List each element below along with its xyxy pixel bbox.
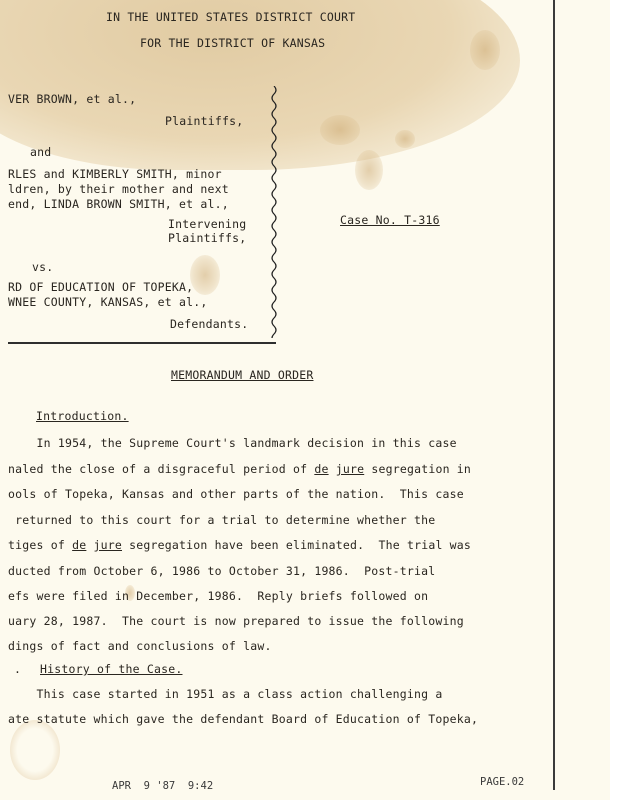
body-line: ools of Topeka, Kansas and other parts o… bbox=[8, 487, 464, 501]
defendants-label: Defendants. bbox=[170, 317, 248, 331]
body-line: returned to this court for a trial to de… bbox=[8, 513, 435, 527]
margin-line bbox=[553, 0, 555, 790]
plaintiffs-label: Plaintiffs, bbox=[165, 114, 243, 128]
case-number: Case No. T-316 bbox=[340, 213, 440, 227]
court-name-line1: IN THE UNITED STATES DISTRICT COURT bbox=[106, 10, 355, 24]
intervenor-line2: ldren, by their mother and next bbox=[8, 182, 229, 196]
body-line: In 1954, the Supreme Court's landmark de… bbox=[8, 436, 457, 450]
intervenor-line1: RLES and KIMBERLY SMITH, minor bbox=[8, 167, 222, 181]
plaintiff-name: VER BROWN, et al., bbox=[8, 92, 136, 106]
body-line: efs were filed in December, 1986. Reply … bbox=[8, 589, 428, 603]
body-line: naled the close of a disgraceful period … bbox=[8, 462, 471, 476]
page-label: PAGE.02 bbox=[480, 776, 524, 788]
vs-label: vs. bbox=[32, 260, 53, 274]
intervenor-line3: end, LINDA BROWN SMITH, et al., bbox=[8, 197, 229, 211]
body-line: ducted from October 6, 1986 to October 3… bbox=[8, 564, 435, 578]
defendant-line1: RD OF EDUCATION OF TOPEKA, bbox=[8, 280, 193, 294]
body-line: dings of fact and conclusions of law. bbox=[8, 639, 272, 653]
water-stain bbox=[190, 255, 220, 295]
body-line: ate statute which gave the defendant Boa… bbox=[8, 712, 478, 726]
intervening-label: Intervening bbox=[168, 217, 246, 231]
and-label: and bbox=[30, 145, 51, 159]
section-marker: . bbox=[14, 662, 21, 676]
water-stain bbox=[0, 0, 520, 170]
court-name-line2: FOR THE DISTRICT OF KANSAS bbox=[140, 36, 325, 50]
caption-bracket bbox=[268, 86, 280, 338]
water-stain bbox=[10, 720, 60, 780]
document-title: MEMORANDUM AND ORDER bbox=[171, 368, 313, 382]
body-line: uary 28, 1987. The court is now prepared… bbox=[8, 614, 464, 628]
body-line: tiges of de jure segregation have been e… bbox=[8, 538, 471, 552]
introduction-heading: Introduction. bbox=[36, 409, 129, 423]
body-line: This case started in 1951 as a class act… bbox=[8, 687, 443, 701]
fax-timestamp: APR 9 '87 9:42 bbox=[112, 780, 213, 792]
defendant-line2: WNEE COUNTY, KANSAS, et al., bbox=[8, 295, 207, 309]
intervening-plaintiffs-label: Plaintiffs, bbox=[168, 231, 246, 245]
history-heading: History of the Case. bbox=[40, 662, 182, 676]
document-page: IN THE UNITED STATES DISTRICT COURT FOR … bbox=[0, 0, 610, 800]
caption-rule bbox=[8, 342, 276, 344]
